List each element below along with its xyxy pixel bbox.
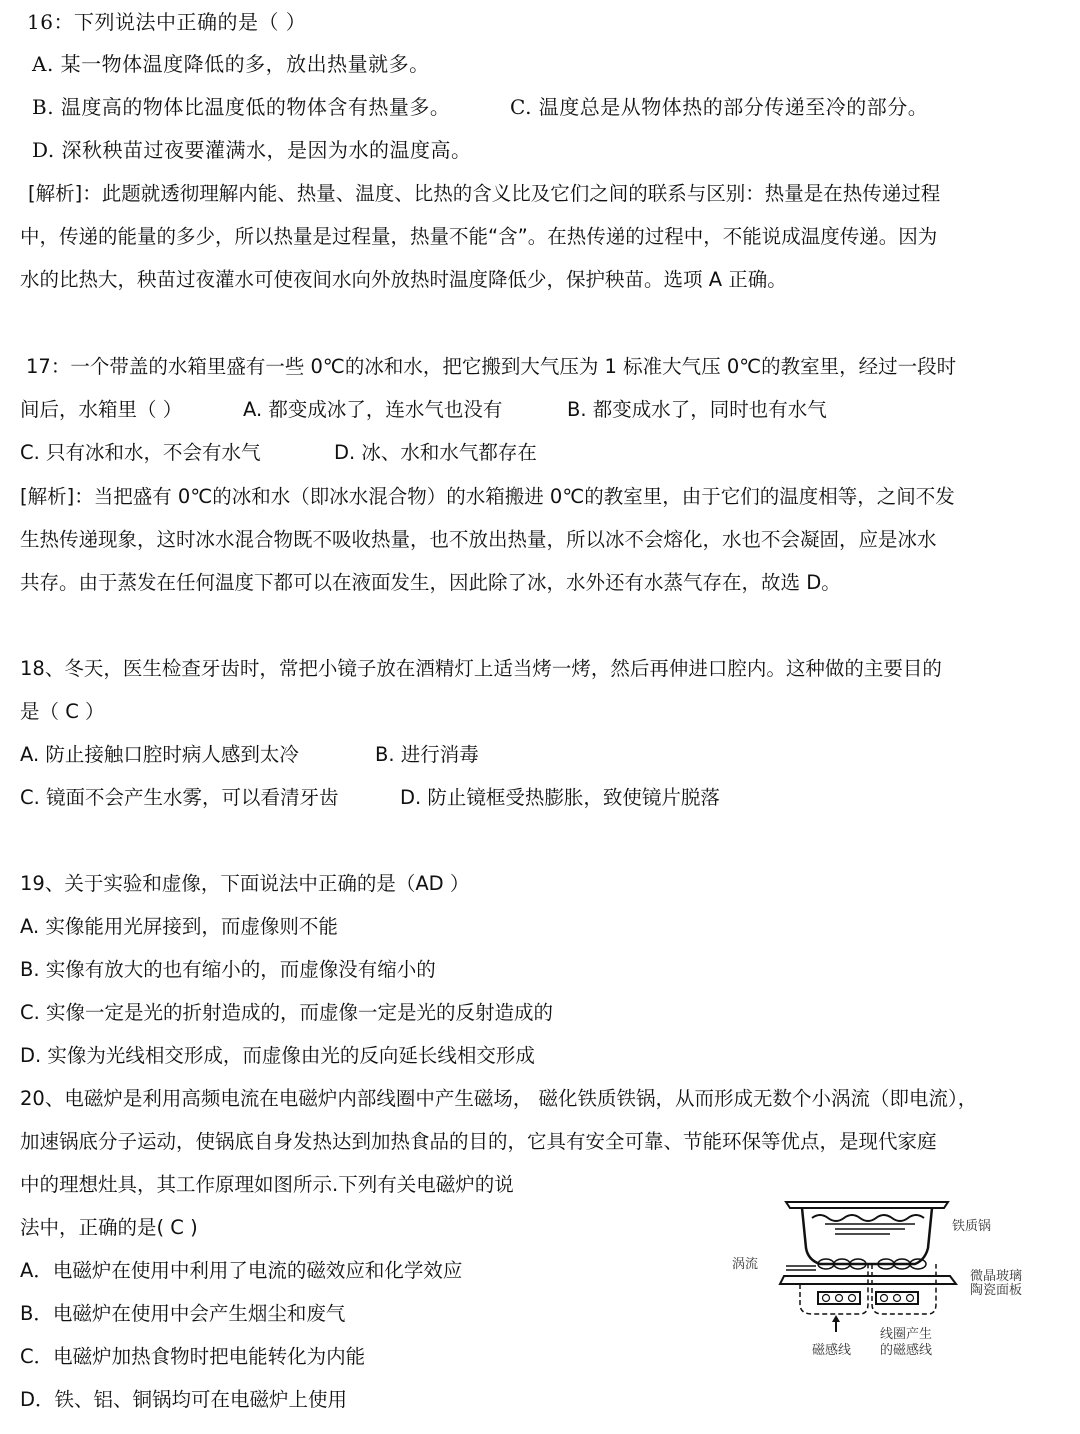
q17-analysis-line1: [解析]：当把盛有 0℃的冰和水（即冰水混合物）的水箱搬进 0℃的教室里，由于它… [20, 483, 955, 511]
label-pot: 铁质锅 [952, 1218, 991, 1234]
q16-analysis-line2: 中，传递的能量的多少，所以热量是过程量，热量不能“含”。在热传递的过程中，不能说… [20, 223, 937, 251]
q20-option-d: D．铁、铝、铜锅均可在电磁炉上使用 [20, 1386, 347, 1414]
q17-option-a: A. 都变成冰了，连水气也没有 [243, 396, 502, 424]
q18-option-d: D. 防止镜框受热膨胀，致使镜片脱落 [400, 784, 720, 812]
q18-stem-line2: 是（ C ） [20, 698, 105, 726]
label-coil-2: 的磁感线 [880, 1342, 932, 1358]
q17-stem-line2: 间后，水箱里（ ） [20, 396, 182, 424]
q17-analysis-line2: 生热传递现象，这时冰水混合物既不吸收热量，也不放出热量，所以冰不会熔化，水也不会… [20, 526, 937, 554]
q20-option-a: A．电磁炉在使用中利用了电流的磁效应和化学效应 [20, 1257, 462, 1285]
label-eddy: 涡流 [732, 1256, 758, 1272]
q20-stem-line4: 法中，正确的是( C ) [20, 1214, 198, 1242]
q16-analysis-line1: [解析]：此题就透彻理解内能、热量、温度、比热的含义比及它们之间的联系与区别：热… [28, 180, 940, 208]
q18-option-c: C. 镜面不会产生水雾，可以看清牙齿 [20, 784, 339, 812]
q20-stem-line1: 20、电磁炉是利用高频电流在电磁炉内部线圈中产生磁场， 磁化铁质铁锅，从而形成无… [20, 1085, 977, 1113]
q17-option-b: B. 都变成水了，同时也有水气 [567, 396, 827, 424]
induction-cooker-diagram: 铁质锅 涡流 微晶玻璃 陶瓷面板 磁感线 线圈产生 的磁感线 [720, 1180, 1060, 1370]
q17-option-c: C. 只有冰和水，不会有水气 [20, 439, 261, 467]
q17-stem-line1: 17：一个带盖的水箱里盛有一些 0℃的冰和水，把它搬到大气压为 1 标准大气压 … [26, 353, 956, 381]
q20-stem-line2: 加速锅底分子运动，使锅底自身发热达到加热食品的目的，它具有安全可靠、节能环保等优… [20, 1128, 937, 1156]
q16-option-d: D. 深秋秧苗过夜要灌满水，是因为水的温度高。 [32, 136, 472, 164]
q20-option-b: B．电磁炉在使用中会产生烟尘和废气 [20, 1300, 345, 1328]
label-panel-1: 微晶玻璃 [970, 1268, 1022, 1284]
q20-stem-line3: 中的理想灶具，其工作原理如图所示.下列有关电磁炉的说 [20, 1171, 514, 1199]
arrow-up-icon [832, 1315, 840, 1322]
q19-option-a: A. 实像能用光屏接到，而虚像则不能 [20, 913, 338, 941]
q19-stem: 19、关于实验和虚像，下面说法中正确的是（AD ） [20, 870, 469, 898]
q18-stem-line1: 18、冬天，医生检查牙齿时，常把小镜子放在酒精灯上适当烤一烤，然后再伸进口腔内。… [20, 655, 942, 683]
label-panel-2: 陶瓷面板 [970, 1282, 1022, 1298]
q16-option-a: A. 某一物体温度降低的多，放出热量就多。 [32, 50, 430, 78]
q17-analysis-line3: 共存。由于蒸发在任何温度下都可以在液面发生，因此除了冰，水外还有水蒸气存在，故选… [20, 569, 841, 597]
q18-option-a: A. 防止接触口腔时病人感到太冷 [20, 741, 299, 769]
q18-option-b: B. 进行消毒 [375, 741, 479, 769]
q20-option-c: C．电磁炉加热食物时把电能转化为内能 [20, 1343, 365, 1371]
label-flux: 磁感线 [812, 1342, 851, 1358]
q16-analysis-line3: 水的比热大，秧苗过夜灌水可使夜间水向外放热时温度降低少，保护秧苗。选项 A 正确… [20, 266, 787, 294]
q17-option-d: D. 冰、水和水气都存在 [334, 439, 537, 467]
label-coil-1: 线圈产生 [880, 1326, 932, 1342]
q19-option-c: C. 实像一定是光的折射造成的，而虚像一定是光的反射造成的 [20, 999, 553, 1027]
q19-option-d: D. 实像为光线相交形成，而虚像由光的反向延长线相交形成 [20, 1042, 535, 1070]
q16-option-b: B. 温度高的物体比温度低的物体含有热量多。 [32, 93, 450, 121]
q19-option-b: B. 实像有放大的也有缩小的，而虚像没有缩小的 [20, 956, 436, 984]
q16-stem: 16：下列说法中正确的是（ ） [27, 8, 306, 36]
q16-option-c: C. 温度总是从物体热的部分传递至冷的部分。 [510, 93, 928, 121]
